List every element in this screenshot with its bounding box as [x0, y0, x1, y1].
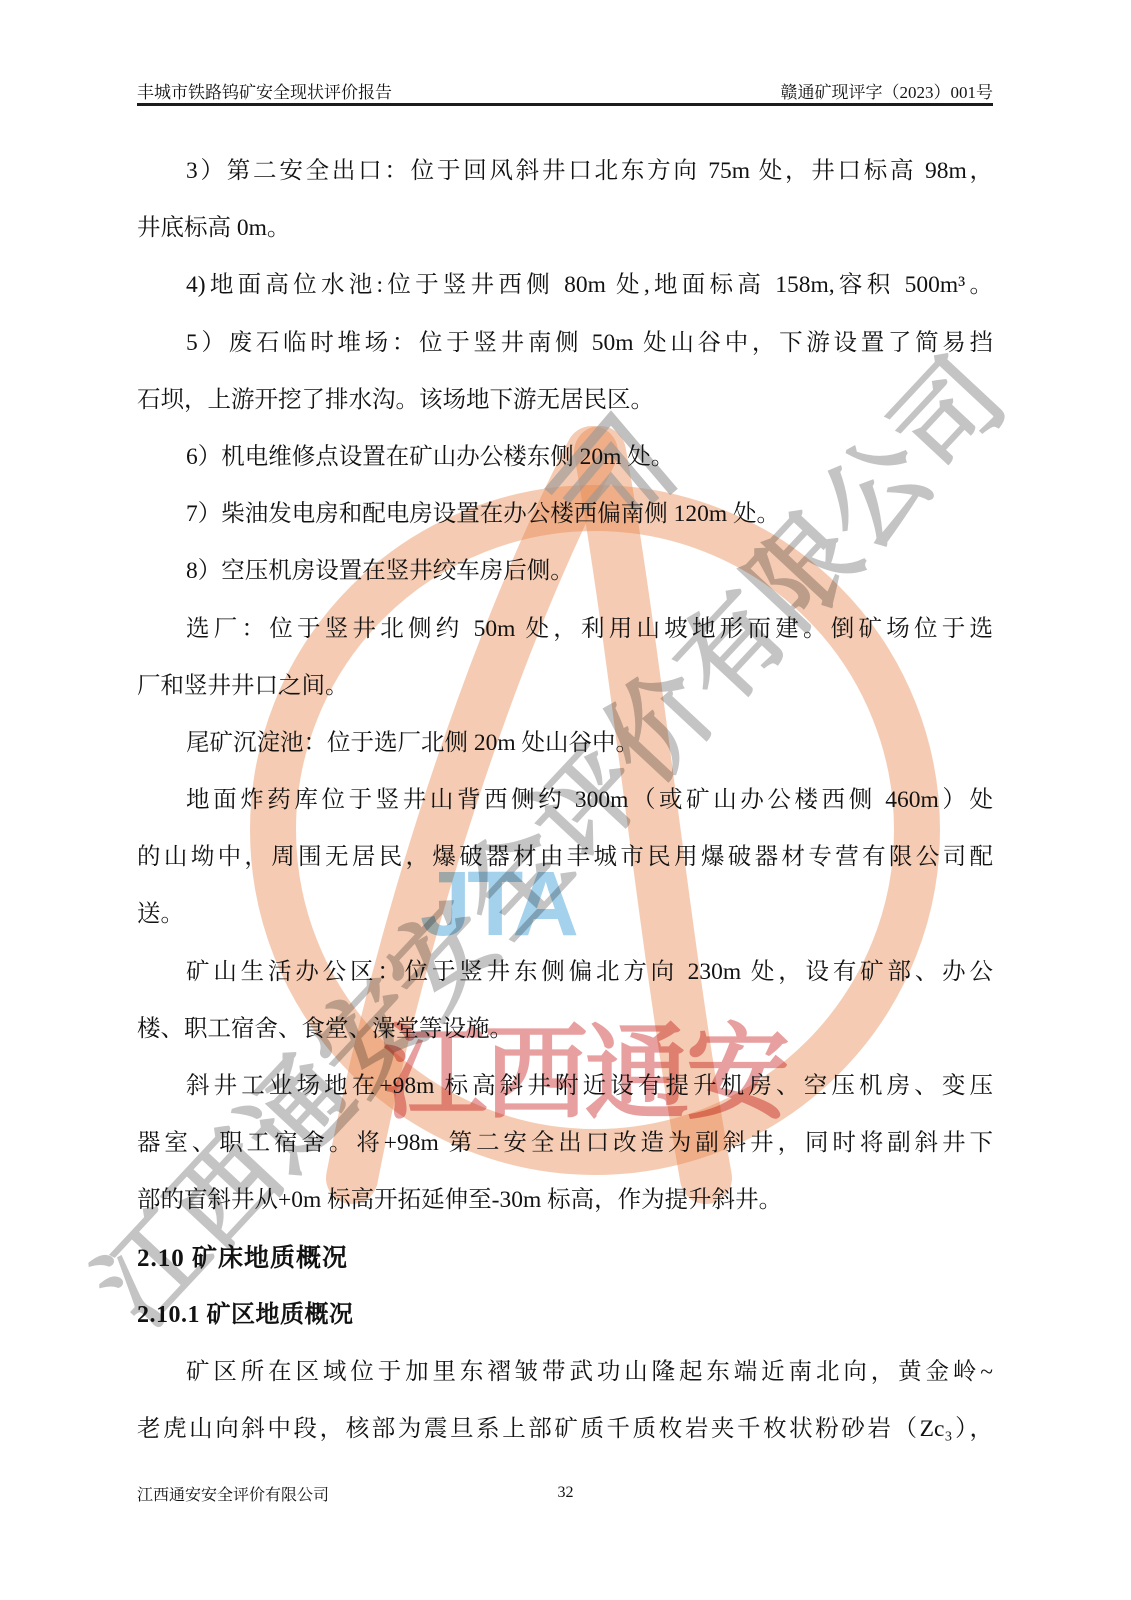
body-text-line: 7）柴油发电房和配电房设置在办公楼西偏南侧 120m 处。	[137, 486, 993, 543]
body-text-line: 老虎山向斜中段，核部为震旦系上部矿质千质枚岩夹千枚状粉砂岩（Zc₃），	[137, 1401, 993, 1458]
body-text-line: 地面炸药库位于竖井山背西侧约 300m（或矿山办公楼西侧 460m）处	[137, 772, 993, 829]
page-number: 32	[558, 1484, 574, 1502]
body-text-line: 送。	[137, 886, 993, 943]
section-heading-h1: 2.10 矿床地质概况	[137, 1230, 993, 1287]
body-text-line: 选厂：位于竖井北侧约 50m 处，利用山坡地形而建。倒矿场位于选	[137, 601, 993, 658]
body-text-line: 的山坳中，周围无居民，爆破器材由丰城市民用爆破器材专营有限公司配	[137, 829, 993, 886]
body-text-line: 石坝，上游开挖了排水沟。该场地下游无居民区。	[137, 372, 993, 429]
report-title: 丰城市铁路钨矿安全现状评价报告	[137, 78, 392, 103]
body-text-line: 3）第二安全出口：位于回风斜井口北东方向 75m 处，井口标高 98m，	[137, 143, 993, 200]
body-text-line: 尾矿沉淀池：位于选厂北侧 20m 处山谷中。	[137, 715, 993, 772]
document-page: 江西通安安全评价有限公司 JTA 江西通安 丰城市铁路钨矿安全现状评价报告 赣通…	[0, 0, 1131, 1600]
body-text-line: 厂和竖井井口之间。	[137, 658, 993, 715]
body-text-line: 器室、职工宿舍。将+98m 第二安全出口改造为副斜井，同时将副斜井下	[137, 1115, 993, 1172]
header-divider	[137, 103, 993, 106]
body-text-line: 6）机电维修点设置在矿山办公楼东侧 20m 处。	[137, 429, 993, 486]
body-text-line: 5）废石临时堆场：位于竖井南侧 50m 处山谷中，下游设置了简易挡	[137, 315, 993, 372]
body-text-line: 部的盲斜井从+0m 标高开拓延伸至-30m 标高，作为提升斜井。	[137, 1172, 993, 1229]
section-heading-h2: 2.10.1 矿区地质概况	[137, 1287, 993, 1344]
body-text-line: 矿区所在区域位于加里东褶皱带武功山隆起东端近南北向，黄金岭~	[137, 1344, 993, 1401]
body-text-line: 井底标高 0m。	[137, 200, 993, 257]
footer-company-name: 江西通安安全评价有限公司	[137, 1482, 329, 1505]
body-text-line: 楼、职工宿舍、食堂、澡堂等设施。	[137, 1001, 993, 1058]
body-text-line: 4)地面高位水池:位于竖井西侧 80m 处,地面标高 158m,容积 500m³…	[137, 257, 993, 314]
body-text: 3）第二安全出口：位于回风斜井口北东方向 75m 处，井口标高 98m，井底标高…	[137, 143, 993, 1458]
body-text-line: 斜井工业场地在+98m 标高斜井附近设有提升机房、空压机房、变压	[137, 1058, 993, 1115]
body-text-line: 8）空压机房设置在竖井绞车房后侧。	[137, 543, 993, 600]
document-number: 赣通矿现评字（2023）001号	[781, 78, 994, 103]
body-text-line: 矿山生活办公区：位于竖井东侧偏北方向 230m 处，设有矿部、办公	[137, 944, 993, 1001]
